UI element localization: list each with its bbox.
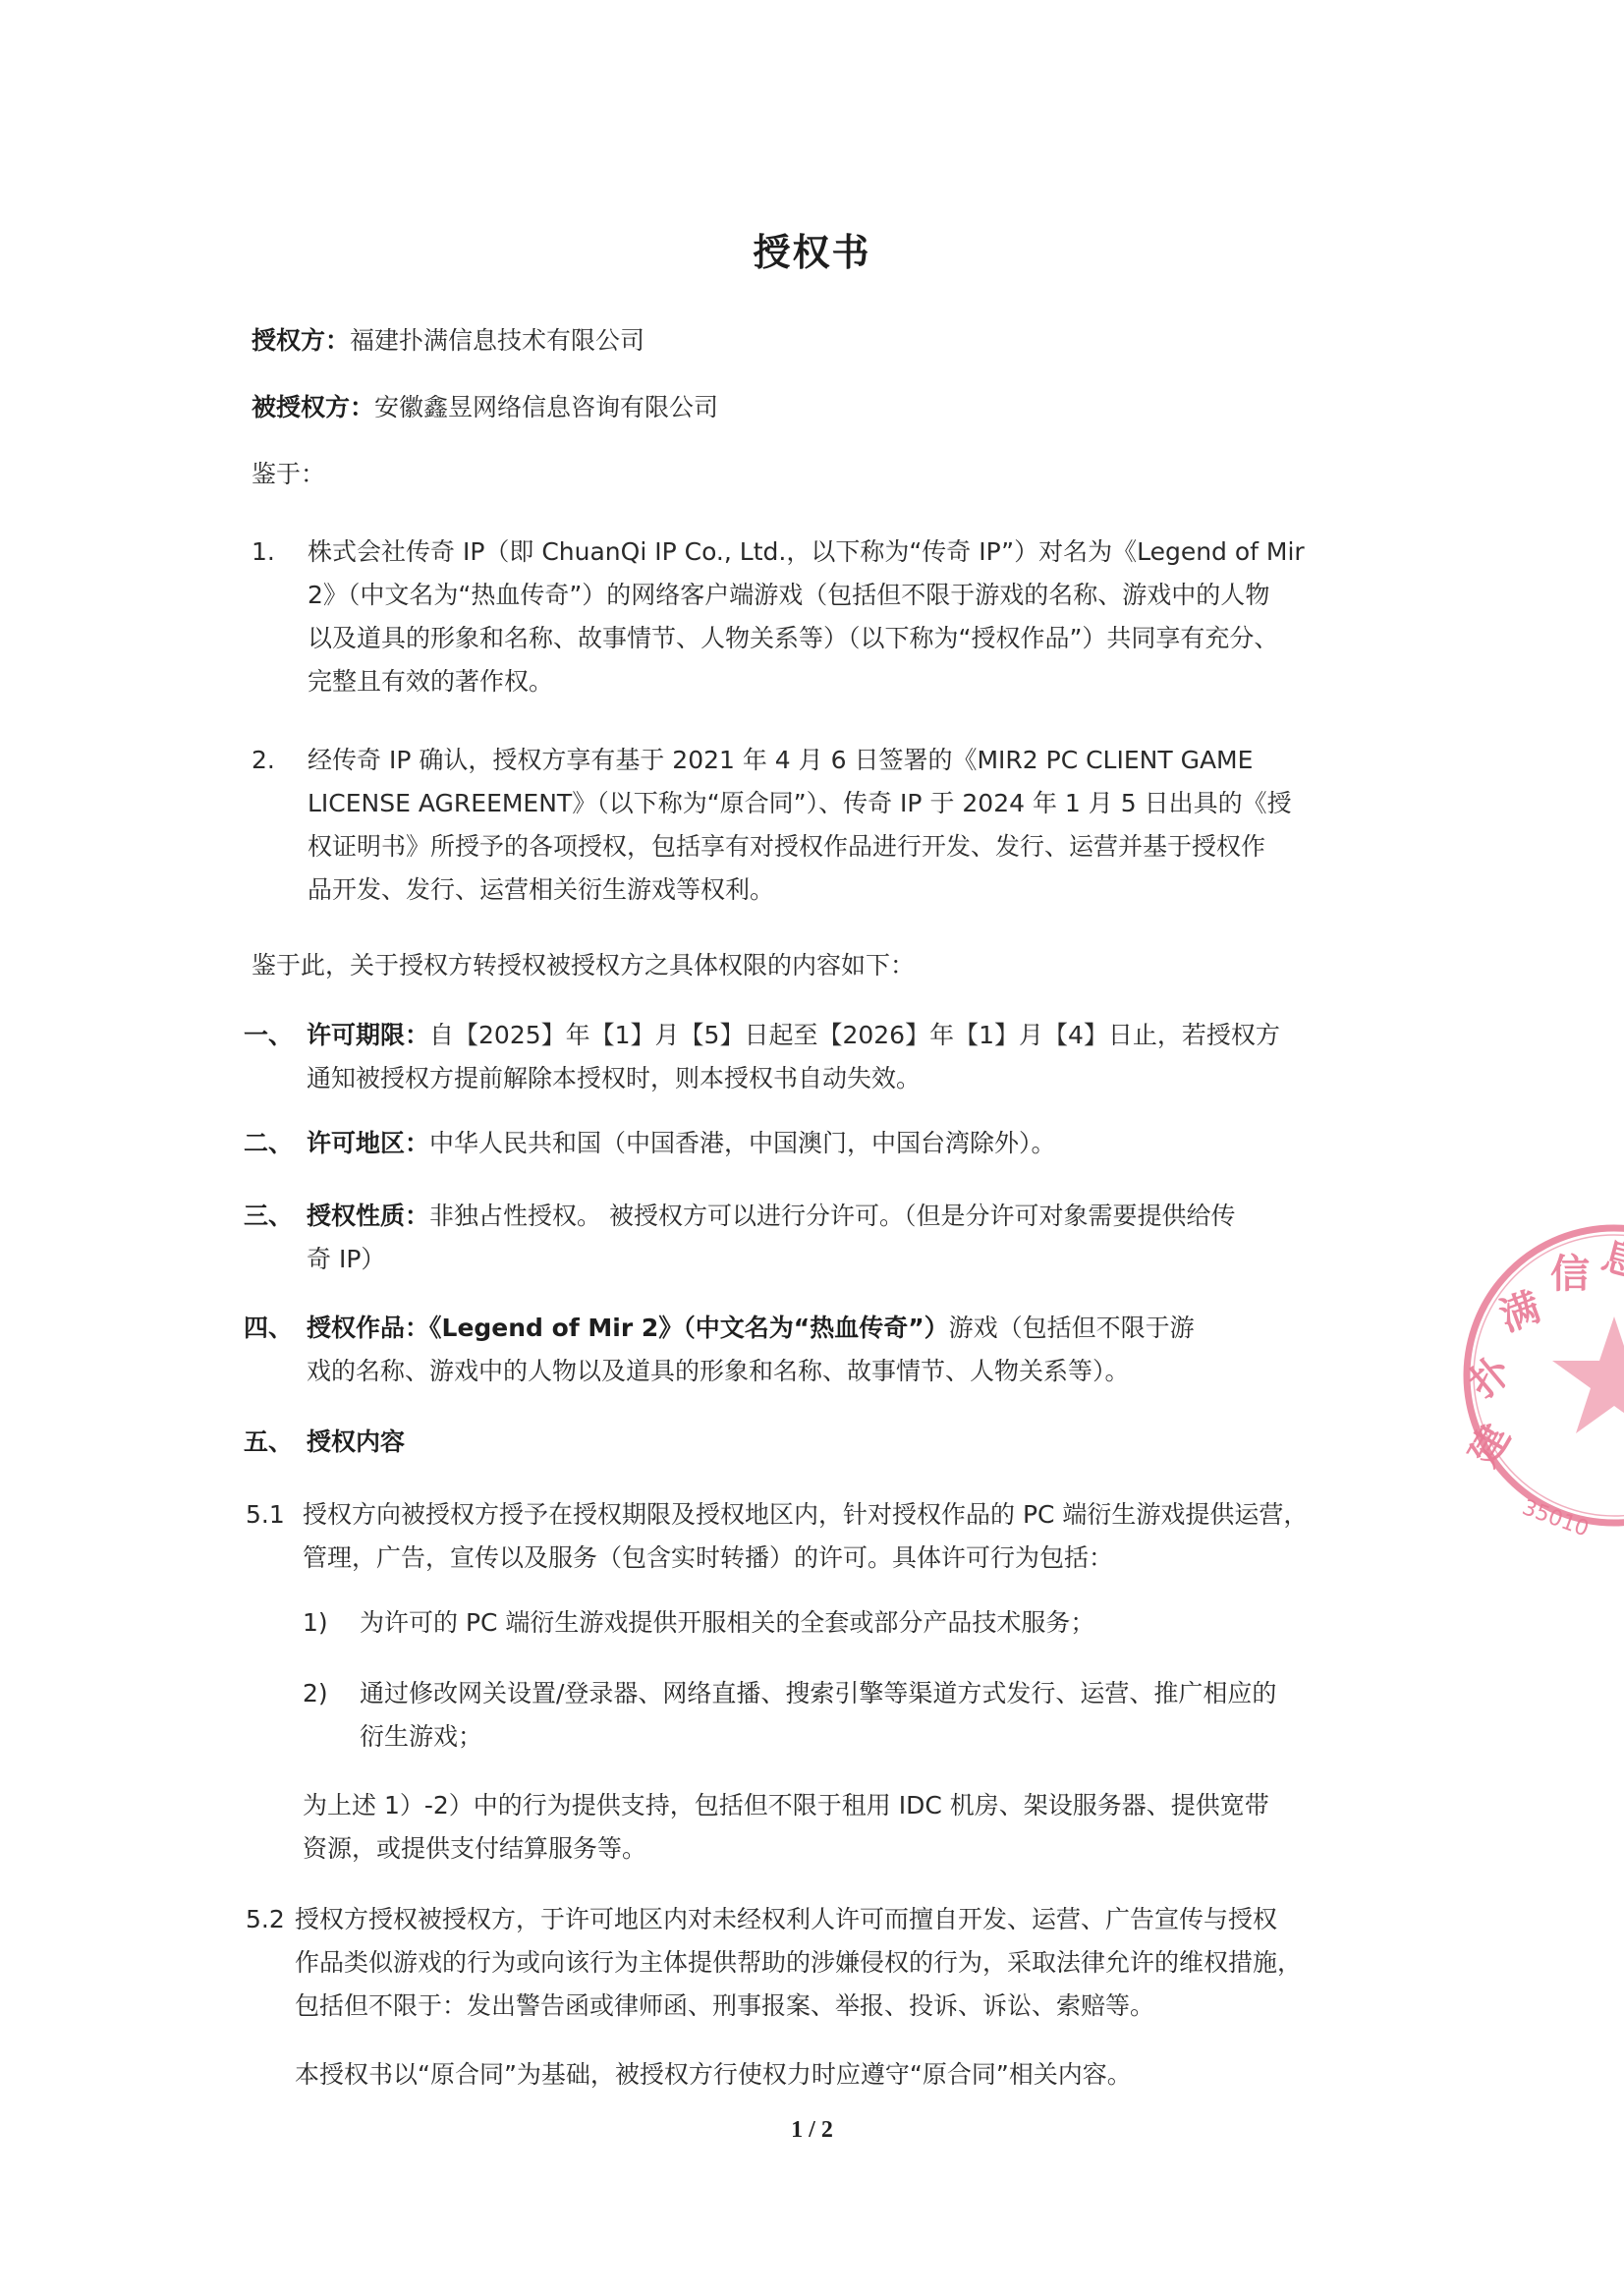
licensor-label: 授权方： <box>252 326 350 355</box>
recital-text-line: LICENSE AGREEMENT》（以下称为“原合同”）、传奇 IP 于 20… <box>308 782 1486 825</box>
recital-number: 2. <box>252 739 275 782</box>
section-text: 自【2025】年【1】月【5】日起至【2026】年【1】月【4】日止，若授权方 <box>429 1021 1280 1049</box>
clause-number: 5.1 <box>246 1493 285 1537</box>
svg-text:满: 满 <box>1494 1284 1546 1340</box>
section-heading: 许可期限： <box>307 1021 429 1049</box>
section-text: 非独占性授权。 被授权方可以进行分许可。（但是分许可对象需要提供给传 <box>429 1202 1235 1230</box>
intro-paragraph: 鉴于此，关于授权方转授权被授权方之具体权限的内容如下： <box>252 945 915 986</box>
clause-text: 作品类似游戏的行为或向该行为主体提供帮助的涉嫌侵权的行为，采取法律允许的维权措施… <box>295 1941 1302 1985</box>
item-text: 通过修改网关设置/登录器、网络直播、搜索引擎等渠道方式发行、运营、推广相应的 <box>360 1672 1276 1715</box>
clause-5-1-support: 为上述 1）-2）中的行为提供支持，包括但不限于租用 IDC 机房、架设服务器、… <box>303 1784 1269 1871</box>
svg-text:息: 息 <box>1596 1233 1624 1287</box>
company-seal-icon: 建 扑 满 信 息 35010 <box>1452 1213 1624 1538</box>
work-title: 《Legend of Mir 2》（中文名为“热血传奇”） <box>429 1314 949 1342</box>
document-page: 授权书 授权方：福建扑满信息技术有限公司 被授权方：安徽鑫昱网络信息咨询有限公司… <box>0 0 1624 2295</box>
svg-text:建: 建 <box>1461 1417 1520 1474</box>
item-text: 为许可的 PC 端衍生游戏提供开服相关的全套或部分产品技术服务； <box>360 1601 1094 1645</box>
clause-text: 管理，广告，宣传以及服务（包含实时转播）的许可。具体许可行为包括： <box>303 1537 1308 1580</box>
whereas-label: 鉴于： <box>252 454 325 495</box>
clause-text: 授权方向被授权方授予在授权期限及授权地区内，针对授权作品的 PC 端衍生游戏提供… <box>303 1493 1308 1537</box>
section-number: 三、 <box>244 1195 293 1238</box>
licensee-label: 被授权方： <box>252 393 374 421</box>
licensor-line: 授权方：福建扑满信息技术有限公司 <box>252 320 644 362</box>
section-number: 一、 <box>244 1014 293 1057</box>
licensee-line: 被授权方：安徽鑫昱网络信息咨询有限公司 <box>252 387 718 428</box>
section-heading: 许可地区： <box>307 1129 429 1157</box>
support-text: 为上述 1）-2）中的行为提供支持，包括但不限于租用 IDC 机房、架设服务器、… <box>303 1784 1269 1827</box>
recital-text-line: 株式会社传奇 IP（即 ChuanQi IP Co., Ltd.，以下称为“传奇… <box>308 531 1486 574</box>
section-text: 戏的名称、游戏中的人物以及道具的形象和名称、故事情节、人物关系等）。 <box>307 1350 1195 1393</box>
recital-text-line: 品开发、发行、运营相关衍生游戏等权利。 <box>308 868 1486 912</box>
licensee-name: 安徽鑫昱网络信息咨询有限公司 <box>374 393 718 421</box>
section-text: 通知被授权方提前解除本授权时，则本授权书自动失效。 <box>307 1057 1280 1100</box>
recital-text-line: 以及道具的形象和名称、故事情节、人物关系等）（以下称为“授权作品”）共同享有充分… <box>308 617 1486 660</box>
item-number: 2) <box>303 1672 328 1715</box>
licensor-name: 福建扑满信息技术有限公司 <box>350 326 644 355</box>
page-number: 1 / 2 <box>0 2117 1624 2144</box>
section-number: 四、 <box>244 1307 293 1350</box>
recital-text-line: 2》（中文名为“热血传奇”）的网络客户端游戏（包括但不限于游戏的名称、游戏中的人… <box>308 574 1486 617</box>
clause-text: 包括但不限于：发出警告函或律师函、刑事报案、举报、投诉、诉讼、索赔等。 <box>295 1985 1302 2028</box>
clause-text: 授权方授权被授权方，于许可地区内对未经权利人许可而擅自开发、运营、广告宣传与授权 <box>295 1898 1302 1941</box>
section-text: 中华人民共和国（中国香港，中国澳门，中国台湾除外）。 <box>429 1129 1056 1157</box>
svg-text:35010: 35010 <box>1519 1495 1592 1538</box>
item-number: 1) <box>303 1601 328 1645</box>
section-number: 五、 <box>244 1421 293 1464</box>
svg-text:信: 信 <box>1550 1252 1590 1297</box>
item-text: 衍生游戏； <box>360 1715 1276 1759</box>
section-text: 游戏（包括但不限于游 <box>949 1314 1195 1342</box>
section-heading: 授权内容 <box>307 1421 405 1464</box>
section-number: 二、 <box>244 1122 293 1165</box>
clause-number: 5.2 <box>246 1898 285 1941</box>
section-text: 奇 IP） <box>307 1238 1235 1281</box>
section-heading: 授权性质： <box>307 1202 429 1230</box>
recital-text-line: 权证明书》所授予的各项授权，包括享有对授权作品进行开发、发行、运营并基于授权作 <box>308 825 1486 868</box>
recital-number: 1. <box>252 531 275 574</box>
closing-statement: 本授权书以“原合同”为基础，被授权方行使权力时应遵守“原合同”相关内容。 <box>295 2053 1132 2097</box>
support-text: 资源，或提供支付结算服务等。 <box>303 1827 1269 1871</box>
document-title: 授权书 <box>0 222 1624 276</box>
section-heading: 授权作品： <box>307 1314 429 1342</box>
recital-text-line: 经传奇 IP 确认，授权方享有基于 2021 年 4 月 6 日签署的《MIR2… <box>308 739 1486 782</box>
recital-text-line: 完整且有效的著作权。 <box>308 660 1486 703</box>
